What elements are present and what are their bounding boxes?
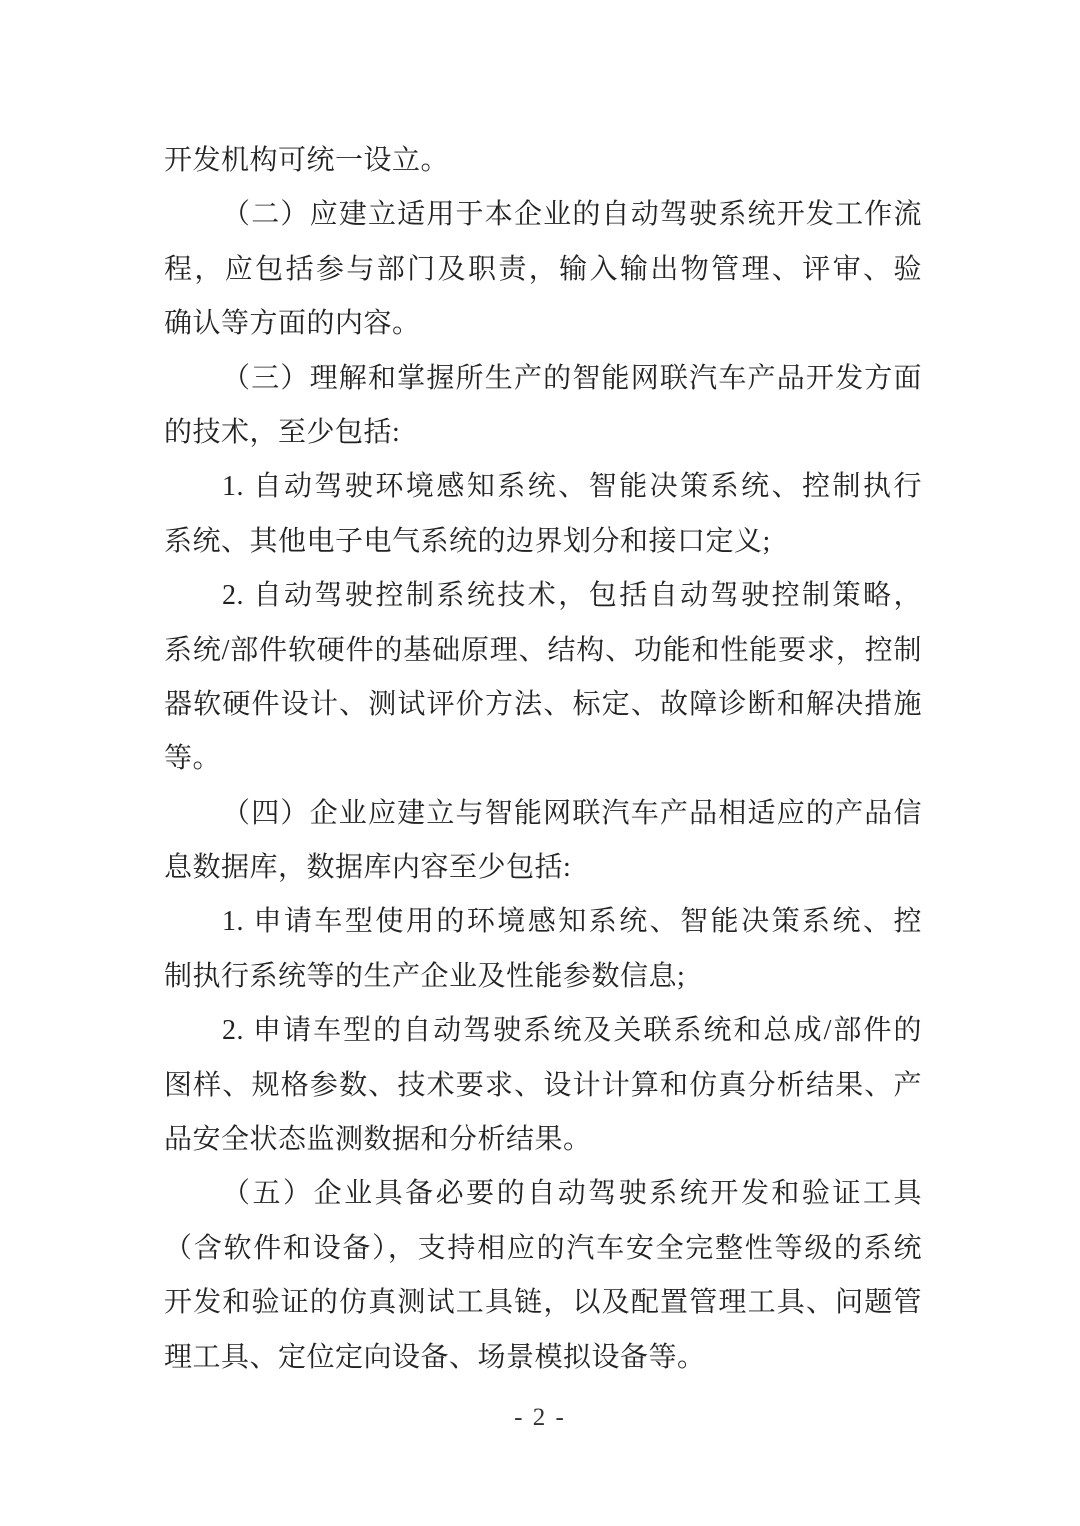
text-line: （含软件和设备），支持相应的汽车安全完整性等级的系统 — [164, 1222, 922, 1276]
text-line: 制执行系统等的生产企业及性能参数信息; — [164, 950, 922, 1004]
text-line: 1. 申请车型使用的环境感知系统、智能决策系统、控 — [164, 895, 922, 949]
text-line: 息数据库，数据库内容至少包括: — [164, 841, 922, 895]
text-line: （五）企业具备必要的自动驾驶系统开发和验证工具 — [164, 1167, 922, 1221]
text-line: 的技术，至少包括: — [164, 406, 922, 460]
text-line: 开发机构可统一设立。 — [164, 134, 922, 188]
page-number: - 2 - — [0, 1404, 1080, 1440]
text-line: 2. 申请车型的自动驾驶系统及关联系统和总成/部件的 — [164, 1004, 922, 1058]
text-line: 2. 自动驾驶控制系统技术，包括自动驾驶控制策略， — [164, 569, 922, 623]
text-line: （四）企业应建立与智能网联汽车产品相适应的产品信 — [164, 787, 922, 841]
text-line: 品安全状态监测数据和分析结果。 — [164, 1113, 922, 1167]
text-line: 系统、其他电子电气系统的边界划分和接口定义; — [164, 515, 922, 569]
text-line: （二）应建立适用于本企业的自动驾驶系统开发工作流 — [164, 188, 922, 242]
document-text-body: 开发机构可统一设立。（二）应建立适用于本企业的自动驾驶系统开发工作流程，应包括参… — [164, 134, 922, 1385]
text-line: 理工具、定位定向设备、场景模拟设备等。 — [164, 1331, 922, 1385]
text-line: 图样、规格参数、技术要求、设计计算和仿真分析结果、产 — [164, 1059, 922, 1113]
document-page: 开发机构可统一设立。（二）应建立适用于本企业的自动驾驶系统开发工作流程，应包括参… — [0, 0, 1080, 1526]
text-line: 开发和验证的仿真测试工具链，以及配置管理工具、问题管 — [164, 1276, 922, 1330]
text-line: （三）理解和掌握所生产的智能网联汽车产品开发方面 — [164, 352, 922, 406]
text-line: 等。 — [164, 732, 922, 786]
text-line: 确认等方面的内容。 — [164, 297, 922, 351]
text-line: 1. 自动驾驶环境感知系统、智能决策系统、控制执行 — [164, 460, 922, 514]
text-line: 系统/部件软硬件的基础原理、结构、功能和性能要求，控制 — [164, 624, 922, 678]
text-line: 器软硬件设计、测试评价方法、标定、故障诊断和解决措施 — [164, 678, 922, 732]
text-line: 程，应包括参与部门及职责，输入输出物管理、评审、验证、 — [164, 243, 922, 297]
